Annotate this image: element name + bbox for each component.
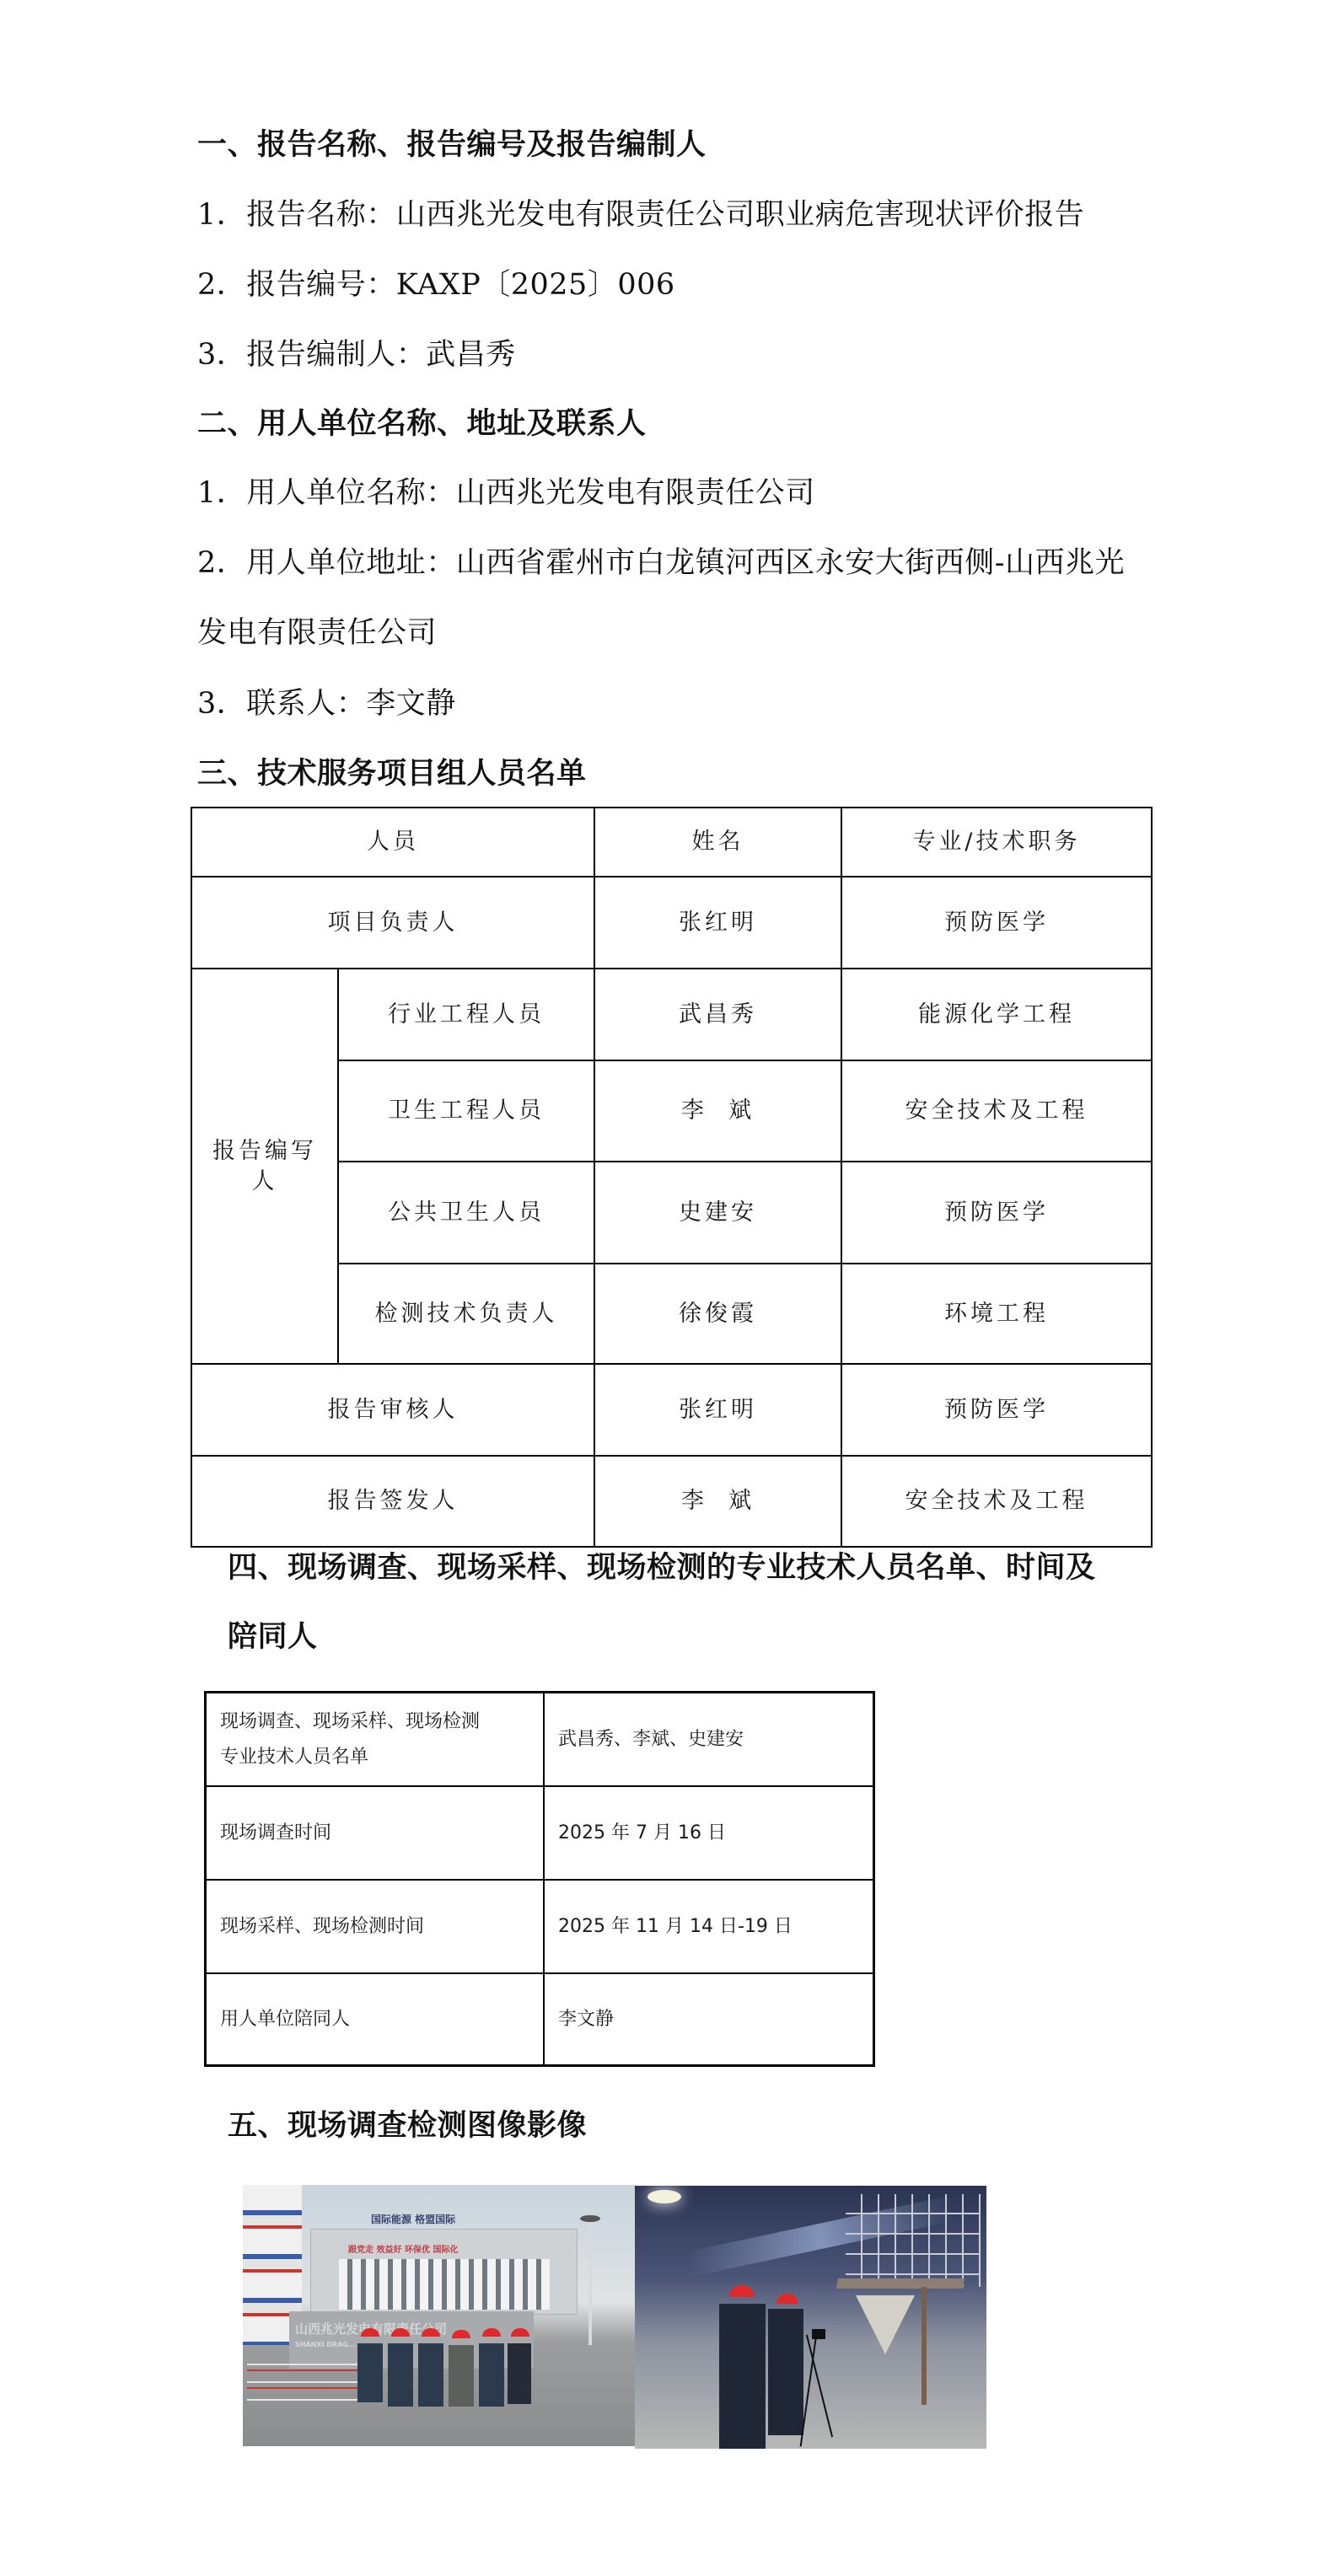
table-cell-value: 2025 年 7 月 16 日	[545, 1787, 873, 1879]
table-cell-role: 卫生工程人员	[339, 1061, 594, 1161]
section-3-heading: 三、技术服务项目组人员名单	[197, 755, 587, 792]
table-cell-name: 张红明	[595, 877, 841, 968]
table-cell-role: 报告签发人	[192, 1457, 594, 1546]
table-cell-title: 能源化学工程	[842, 969, 1151, 1060]
table-cell-name: 李 斌	[595, 1457, 841, 1546]
table-cell-role: 报告审核人	[192, 1365, 594, 1455]
report-number: 2．报告编号：KAXP〔2025〕006	[197, 266, 675, 303]
photo-gate-name-en: SHANXI DRAG...	[295, 2341, 356, 2348]
table-cell-title: 环境工程	[842, 1264, 1151, 1363]
photo-scaffolding	[846, 2194, 981, 2287]
employer-address: 2．用人单位地址：山西省霍州市白龙镇河西区永安大街西侧-山西兆光	[197, 545, 1125, 582]
section-2-heading: 二、用人单位名称、地址及联系人	[197, 405, 647, 443]
photo-barrier	[247, 2353, 365, 2404]
table-cell-name: 李 斌	[595, 1061, 841, 1161]
table-cell-title: 预防医学	[842, 1365, 1151, 1455]
table-cell-value: 李文静	[545, 1974, 873, 2064]
photo-hardhat	[776, 2294, 798, 2304]
header-title: 专业/技术职务	[842, 808, 1151, 876]
table-cell-role: 项目负责人	[192, 877, 594, 968]
photo-slogan: 跟党走 效益好 环保优 国际化	[348, 2242, 458, 2255]
photo-worker	[719, 2304, 766, 2449]
table-cell-role: 行业工程人员	[339, 969, 594, 1060]
photo-hardhat	[729, 2285, 755, 2297]
photo-sign-top: 国际能源 格盟国际	[371, 2212, 455, 2226]
table-cell-name: 徐俊霞	[595, 1264, 841, 1363]
table-cell-name: 史建安	[595, 1162, 841, 1263]
report-author: 3．报告编制人：武昌秀	[197, 336, 516, 373]
table-cell-title: 安全技术及工程	[842, 1457, 1151, 1546]
photo-onsite-detection	[635, 2186, 986, 2449]
group-label-line2: 人	[252, 1167, 278, 1197]
photo-people	[361, 2328, 521, 2421]
employer-address-cont: 发电有限责任公司	[197, 614, 437, 652]
section-1-heading: 一、报告名称、报告编号及报告编制人	[197, 126, 707, 164]
table-cell-title: 预防医学	[842, 877, 1151, 968]
table-cell-label: 用人单位陪同人	[207, 1974, 543, 2064]
table-cell-value: 武昌秀、李斌、史建安	[545, 1693, 873, 1785]
table-cell-role: 公共卫生人员	[339, 1162, 594, 1263]
section-4-heading-cont: 陪同人	[228, 1618, 318, 1656]
table-cell-value: 2025 年 11 月 14 日-19 日	[545, 1881, 873, 1972]
table-cell-group: 报告编写 人	[192, 969, 337, 1363]
table-cell-label: 现场调查时间	[207, 1787, 543, 1879]
section-5-heading: 五、现场调查检测图像影像	[228, 2107, 587, 2144]
table-cell-title: 预防医学	[842, 1162, 1151, 1263]
label-line2: 专业技术人员名单	[220, 1740, 368, 1775]
group-label-line1: 报告编写	[212, 1136, 317, 1167]
report-name: 1．报告名称：山西兆光发电有限责任公司职业病危害现状评价报告	[197, 196, 1084, 233]
header-personnel: 人员	[192, 808, 594, 876]
table-cell-name: 张红明	[595, 1365, 841, 1455]
employer-name: 1．用人单位名称：山西兆光发电有限责任公司	[197, 475, 815, 512]
label-line1: 现场调查、现场采样、现场检测	[220, 1704, 480, 1740]
photo-worker	[768, 2309, 803, 2435]
table-cell-name: 武昌秀	[595, 969, 841, 1060]
field-staff-table: 现场调查、现场采样、现场检测 专业技术人员名单 武昌秀、李斌、史建安 现场调查时…	[204, 1691, 875, 2067]
contact-person: 3．联系人：李文静	[197, 685, 456, 722]
photo-site-gate: 国际能源 格盟国际 跟党走 效益好 环保优 国际化 山西兆光发电有限责任公司 S…	[243, 2185, 635, 2446]
photo-light	[648, 2190, 681, 2203]
project-team-table: 人员 姓名 专业/技术职务 项目负责人 张红明 预防医学 报告编写 人 行业工程…	[191, 807, 1153, 1548]
table-cell-label: 现场调查、现场采样、现场检测 专业技术人员名单	[207, 1693, 543, 1785]
table-cell-label: 现场采样、现场检测时间	[207, 1881, 543, 1972]
header-name: 姓名	[595, 808, 841, 876]
section-4-heading: 四、现场调查、现场采样、现场检测的专业技术人员名单、时间及	[228, 1549, 1096, 1586]
table-cell-title: 安全技术及工程	[842, 1061, 1151, 1161]
table-cell-role: 检测技术负责人	[339, 1264, 594, 1363]
